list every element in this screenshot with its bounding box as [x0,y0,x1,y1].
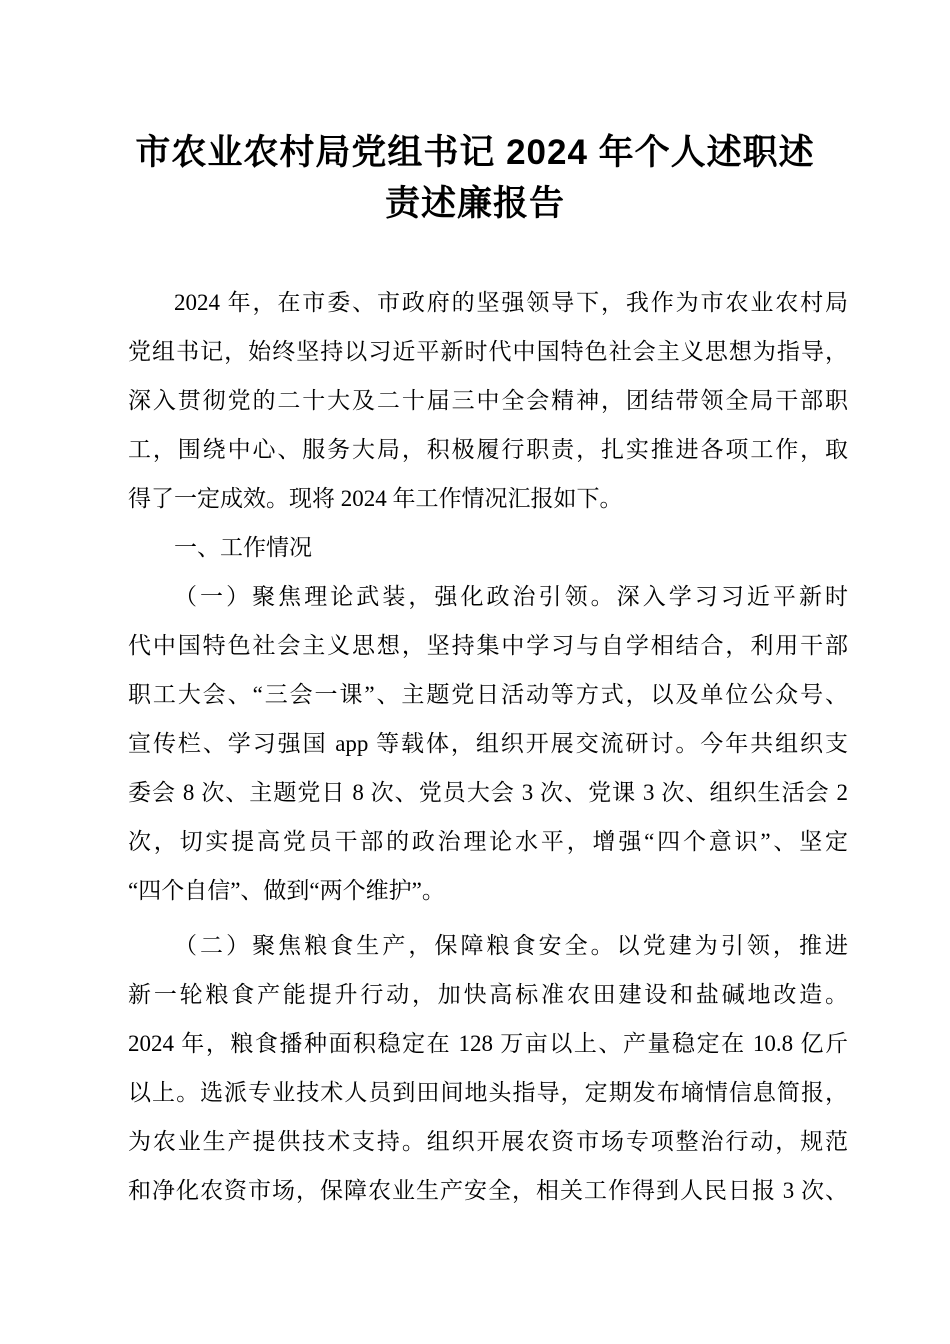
text-line: 职工大会、“三会一课”、主题党日活动等方式，以及单位公众号、 [128,670,848,719]
text-line: 为农业生产提供技术支持。组织开展农资市场专项整治行动，规范 [128,1117,848,1166]
text-line: 宣传栏、学习强国 app 等载体，组织开展交流研讨。今年共组织支 [128,719,848,768]
text-line: （二）聚焦粮食生产，保障粮食安全。以党建为引领，推进 [128,921,848,970]
paragraph-intro: 2024 年，在市委、市政府的坚强领导下，我作为市农业农村局 党组书记，始终坚持… [128,278,848,523]
text-line: 次，切实提高党员干部的政治理论水平，增强“四个意识”、坚定 [128,817,848,866]
text-line: 以上。选派专业技术人员到田间地头指导，定期发布墒情信息简报， [128,1068,848,1117]
paragraph-item1: （一）聚焦理论武装，强化政治引领。深入学习习近平新时 代中国特色社会主义思想，坚… [128,572,848,915]
section-heading-text: 一、工作情况 [128,523,848,572]
text-line: 和净化农资市场，保障农业生产安全，相关工作得到人民日报 3 次、 [128,1166,848,1215]
text-line: 党组书记，始终坚持以习近平新时代中国特色社会主义思想为指导， [128,327,848,376]
text-line: （一）聚焦理论武装，强化政治引领。深入学习习近平新时 [128,572,848,621]
text-line: 代中国特色社会主义思想，坚持集中学习与自学相结合，利用干部 [128,621,848,670]
title-line-1: 市农业农村局党组书记 2024 年个人述职述 [0,127,950,178]
document-title: 市农业农村局党组书记 2024 年个人述职述 责述廉报告 [0,127,950,229]
text-line: 委会 8 次、主题党日 8 次、党员大会 3 次、党课 3 次、组织生活会 2 [128,768,848,817]
title-line-2: 责述廉报告 [0,178,950,229]
text-line: “四个自信”、做到“两个维护”。 [128,866,848,915]
text-line: 2024 年，在市委、市政府的坚强领导下，我作为市农业农村局 [128,278,848,327]
text-line: 深入贯彻党的二十大及二十届三中全会精神，团结带领全局干部职 [128,376,848,425]
paragraph-item2: （二）聚焦粮食生产，保障粮食安全。以党建为引领，推进 新一轮粮食产能提升行动，加… [128,921,848,1215]
document-page: 市农业农村局党组书记 2024 年个人述职述 责述廉报告 2024 年，在市委、… [0,0,950,1344]
document-body: 2024 年，在市委、市政府的坚强领导下，我作为市农业农村局 党组书记，始终坚持… [128,278,848,1215]
text-line: 工，围绕中心、服务大局，积极履行职责，扎实推进各项工作，取 [128,425,848,474]
text-line: 新一轮粮食产能提升行动，加快高标准农田建设和盐碱地改造。 [128,970,848,1019]
section-heading-work: 一、工作情况 [128,523,848,572]
text-line: 得了一定成效。现将 2024 年工作情况汇报如下。 [128,474,848,523]
text-line: 2024 年，粮食播种面积稳定在 128 万亩以上、产量稳定在 10.8 亿斤 [128,1019,848,1068]
